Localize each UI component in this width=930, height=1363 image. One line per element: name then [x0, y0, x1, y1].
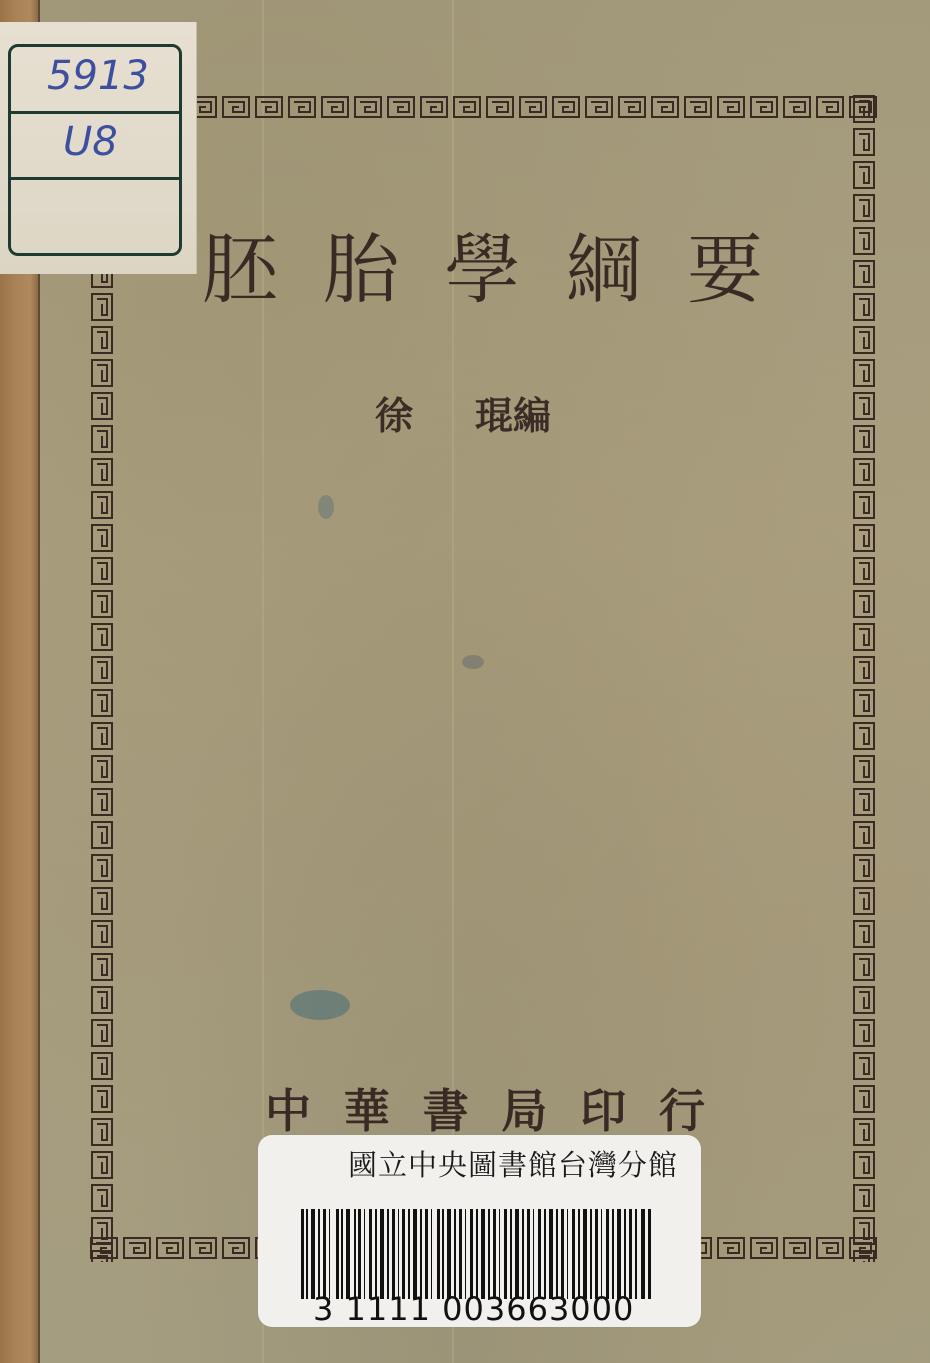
publisher-char: 書: [423, 1075, 469, 1141]
book-title: 胚 胎 學 綱 要: [195, 232, 770, 308]
publisher-char: 印: [580, 1075, 626, 1141]
author-char: 琨: [475, 385, 513, 440]
publisher-char: 局: [501, 1075, 547, 1141]
divider: [11, 111, 179, 114]
barcode-label: 國立中央圖書館台灣分館 3 1111 003663000: [258, 1135, 701, 1327]
title-char: 胎: [316, 232, 406, 308]
border-top: [88, 93, 878, 121]
publisher-char: 華: [344, 1075, 390, 1141]
call-number-label: 5913 U8: [0, 22, 197, 274]
publisher-char: 行: [659, 1075, 705, 1141]
title-char: 學: [438, 232, 528, 308]
author-line: 徐 琨 編: [375, 385, 551, 440]
call-number-line2: U8: [63, 119, 118, 165]
title-char: 要: [680, 232, 770, 308]
author-char: 徐: [375, 385, 413, 440]
author-char: 編: [513, 385, 551, 440]
publisher-char: 中: [265, 1075, 311, 1141]
call-number-line1: 5913: [47, 53, 149, 99]
publisher-line: 中 華 書 局 印 行: [265, 1075, 705, 1141]
title-char: 綱: [559, 232, 649, 308]
library-name: 國立中央圖書館台灣分館: [348, 1143, 678, 1184]
call-number-frame: 5913 U8: [8, 44, 182, 256]
divider: [11, 177, 179, 180]
barcode-icon: [301, 1209, 651, 1299]
barcode-number: 3 1111 003663000: [313, 1290, 634, 1328]
border-right: [850, 93, 878, 1262]
title-char: 胚: [195, 232, 285, 308]
